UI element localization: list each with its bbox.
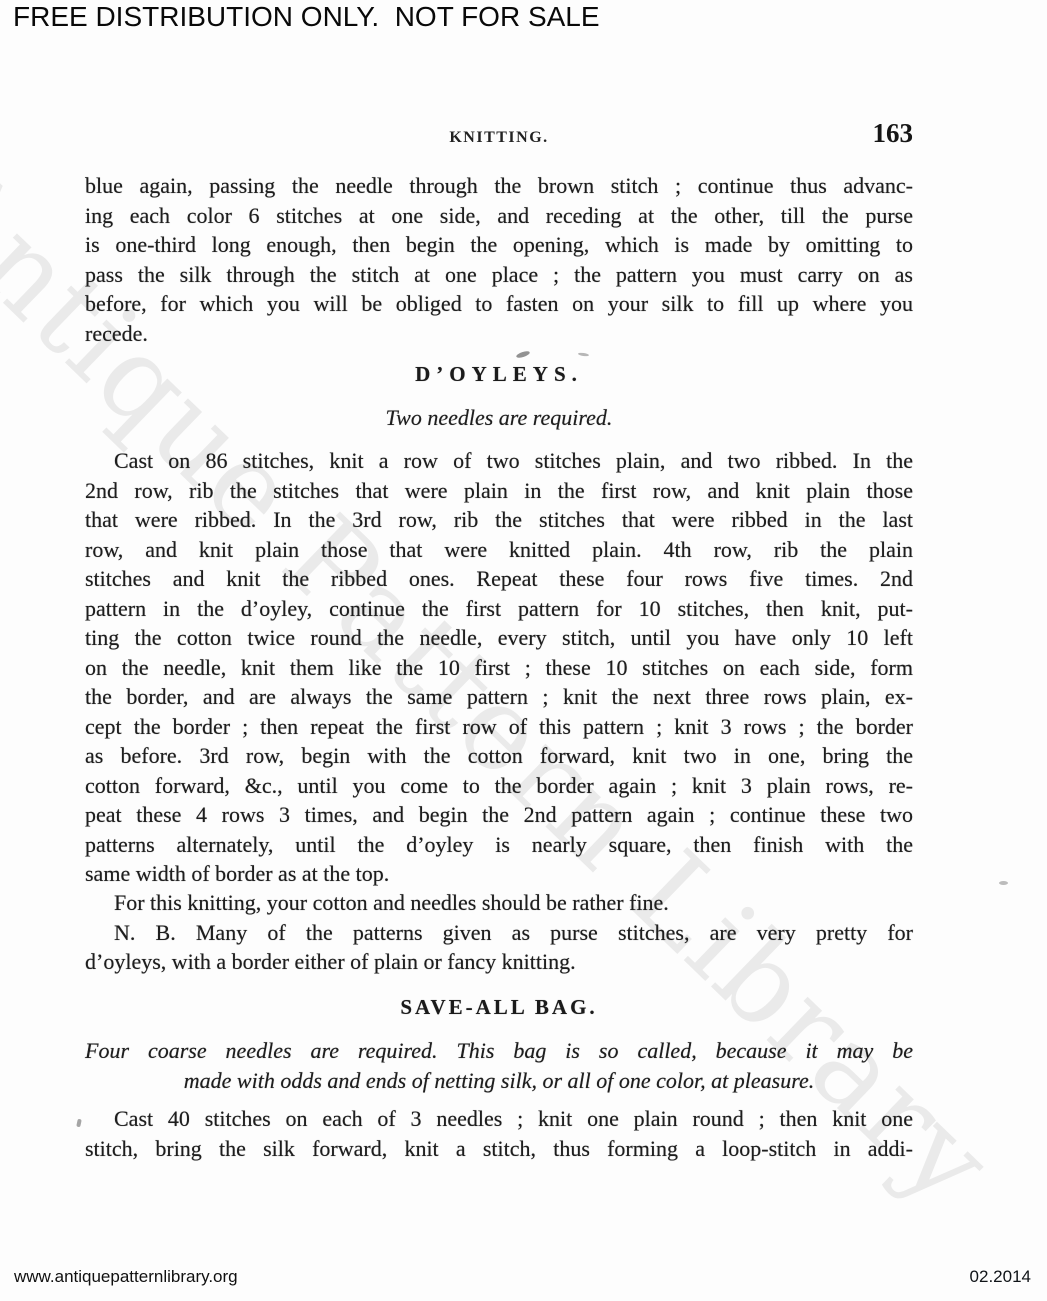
section-subtitle-saveall: Four coarse needles are required. This b… bbox=[85, 1036, 913, 1096]
text-line: recede. bbox=[85, 319, 913, 349]
text-line: as before. 3rd row, begin with the cotto… bbox=[85, 741, 913, 771]
text-line: that were ribbed. In the 3rd row, rib th… bbox=[85, 505, 913, 535]
paragraph-continuation: blue again, passing the needle through t… bbox=[85, 171, 913, 348]
text-line: on the needle, knit them like the 10 fir… bbox=[85, 653, 913, 683]
text-line: stitches and knit the ribbed ones. Repea… bbox=[85, 564, 913, 594]
text-line: cept the border ; then repeat the first … bbox=[85, 712, 913, 742]
text-line: pattern in the d’oyley, continue the fir… bbox=[85, 594, 913, 624]
scan-artifact bbox=[76, 1119, 82, 1128]
text-line: Cast 40 stitches on each of 3 needles ; … bbox=[85, 1104, 913, 1134]
scan-artifact bbox=[516, 350, 531, 359]
section-subtitle-doyleys: Two needles are required. bbox=[85, 405, 913, 431]
text-line: the border, and are always the same patt… bbox=[85, 682, 913, 712]
page-number: 163 bbox=[85, 118, 913, 149]
section-heading-saveall: SAVE-ALL BAG. bbox=[85, 995, 913, 1020]
text-line: cotton forward, &c., until you come to t… bbox=[85, 771, 913, 801]
text-line: before, for which you will be obliged to… bbox=[85, 289, 913, 319]
text-line: Four coarse needles are required. This b… bbox=[85, 1036, 913, 1066]
text-line: blue again, passing the needle through t… bbox=[85, 171, 913, 201]
scan-artifact bbox=[578, 352, 589, 357]
paragraph-saveall-instructions: Cast 40 stitches on each of 3 needles ; … bbox=[85, 1104, 913, 1164]
text-line: row, and knit plain those that were knit… bbox=[85, 535, 913, 565]
text-line: stitch, bring the silk forward, knit a s… bbox=[85, 1134, 913, 1164]
section-heading-doyleys: D’OYLEYS. bbox=[85, 362, 913, 387]
paragraph-fine-needles-note: For this knitting, your cotton and needl… bbox=[85, 888, 913, 918]
paragraph-nb-note: N. B. Many of the patterns given as purs… bbox=[85, 918, 913, 977]
text-line: Cast on 86 stitches, knit a row of two s… bbox=[85, 446, 913, 476]
footer-url: www.antiquepatternlibrary.org bbox=[14, 1267, 238, 1287]
text-line: made with odds and ends of netting silk,… bbox=[85, 1066, 913, 1096]
scan-artifact bbox=[999, 881, 1008, 885]
text-line: For this knitting, your cotton and needl… bbox=[85, 888, 913, 918]
text-line: pass the silk through the stitch at one … bbox=[85, 260, 913, 290]
text-line: same width of border as at the top. bbox=[85, 859, 913, 889]
text-line: ing each color 6 stitches at one side, a… bbox=[85, 201, 913, 231]
text-line: peat these 4 rows 3 times, and begin the… bbox=[85, 800, 913, 830]
text-line: d’oyleys, with a border either of plain … bbox=[85, 947, 913, 977]
text-line: patterns alternately, until the d’oyley … bbox=[85, 830, 913, 860]
text-line: 2nd row, rib the stitches that were plai… bbox=[85, 476, 913, 506]
text-line: ting the cotton twice round the needle, … bbox=[85, 623, 913, 653]
distribution-banner: FREE DISTRIBUTION ONLY. NOT FOR SALE bbox=[13, 1, 600, 33]
text-line: N. B. Many of the patterns given as purs… bbox=[85, 918, 913, 948]
paragraph-doyleys-instructions: Cast on 86 stitches, knit a row of two s… bbox=[85, 446, 913, 889]
footer-date: 02.2014 bbox=[970, 1267, 1031, 1287]
text-line: is one-third long enough, then begin the… bbox=[85, 230, 913, 260]
